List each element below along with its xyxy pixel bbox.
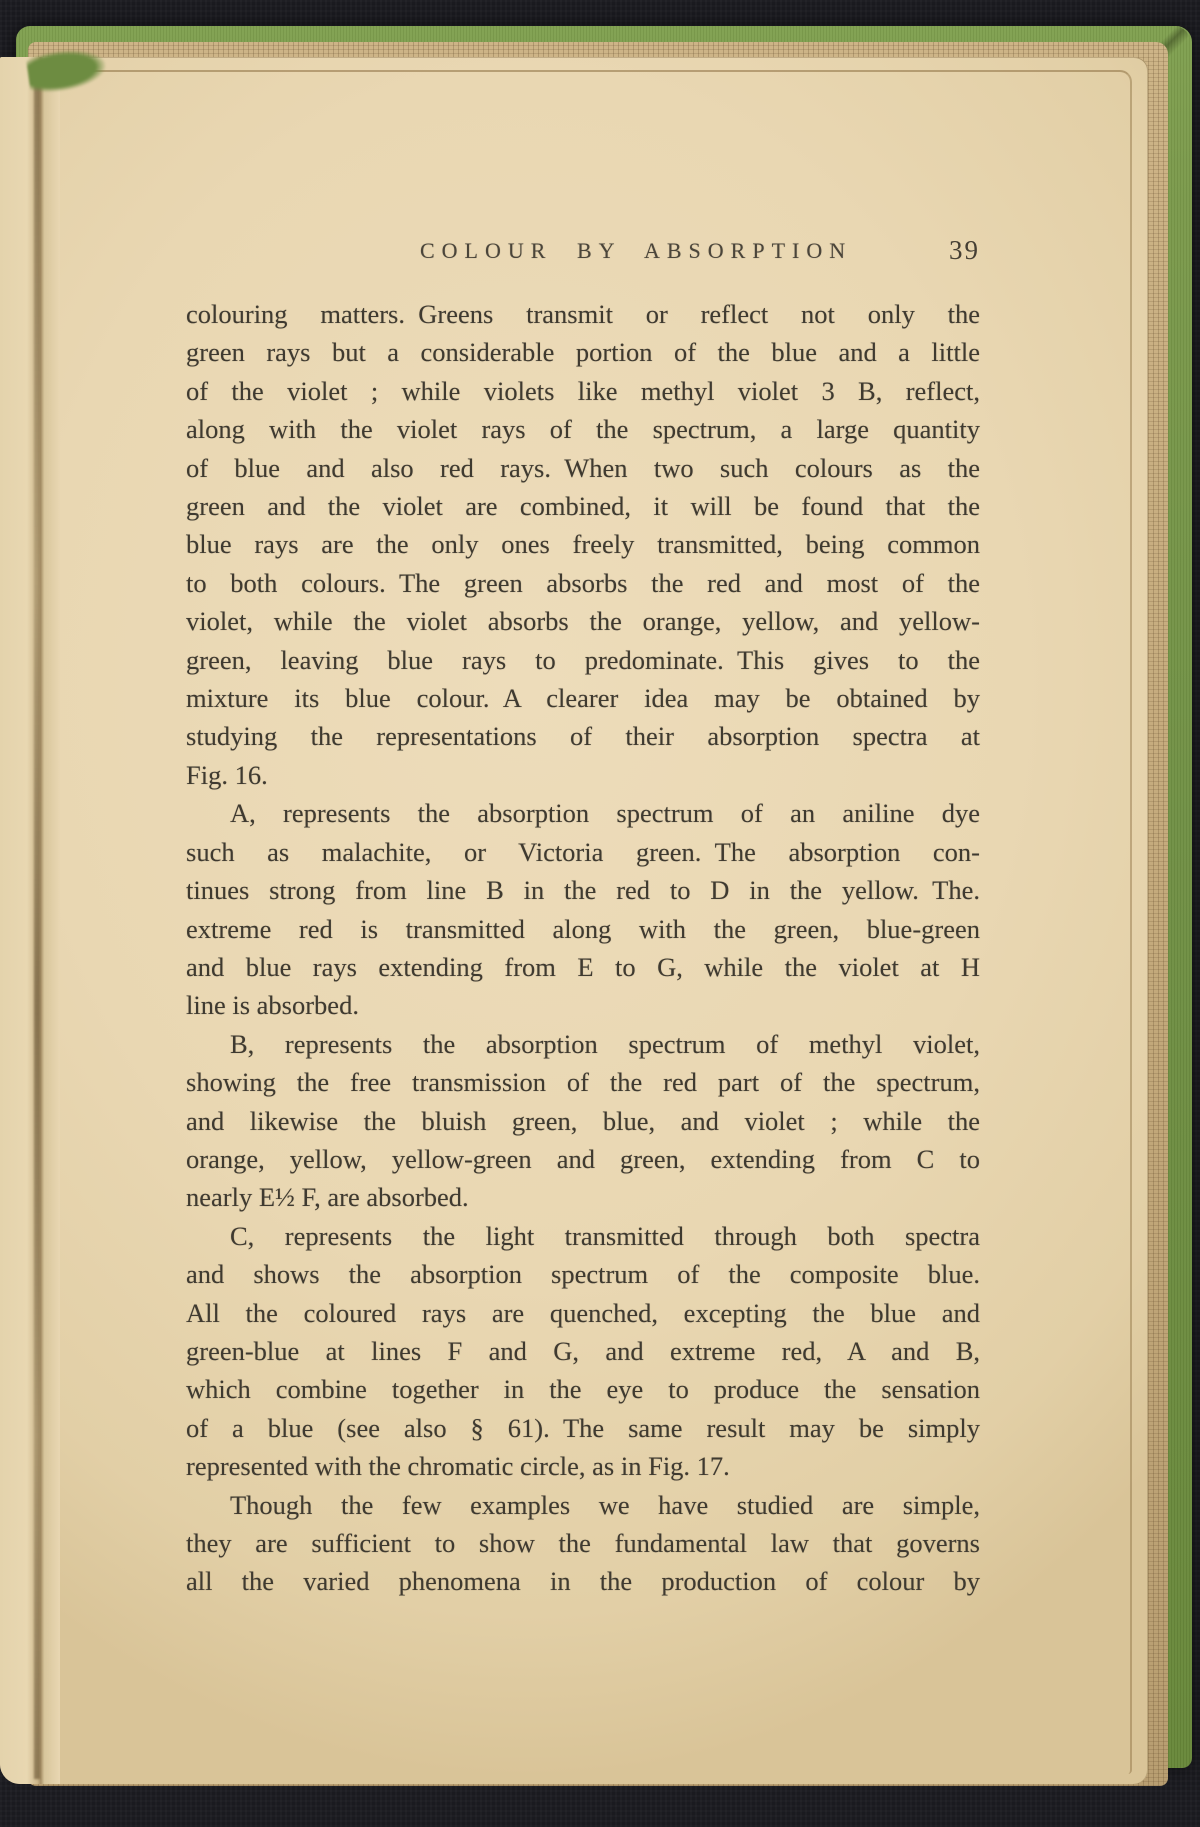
page-gutter-crease	[34, 63, 40, 1779]
page-number: 39	[908, 235, 980, 266]
page-body: colouring matters. Greens transmit or re…	[186, 295, 980, 1601]
text-line: along with the violet rays of the spectr…	[186, 410, 980, 448]
running-head: COLOUR BY ABSORPTION	[420, 238, 852, 264]
text-line: green-blue at lines F and G, and extreme…	[186, 1332, 980, 1370]
text-line: mixture its blue colour. A clearer idea …	[186, 679, 980, 717]
book-scan: COLOUR BY ABSORPTION 39 colouring matter…	[0, 0, 1200, 1827]
text-line: Fig. 16.	[186, 756, 980, 794]
text-line: colouring matters. Greens transmit or re…	[186, 295, 980, 333]
text-line: green and the violet are combined, it wi…	[186, 487, 980, 525]
text-line: all the varied phenomena in the producti…	[186, 1562, 980, 1600]
text-line: C, represents the light transmitted thro…	[186, 1217, 980, 1255]
text-line: line is absorbed.	[186, 986, 980, 1024]
text-line: of blue and also red rays. When two such…	[186, 449, 980, 487]
text-line: A, represents the absorption spectrum of…	[186, 794, 980, 832]
text-line: studying the representations of their ab…	[186, 717, 980, 755]
text-line: of a blue (see also § 61). The same resu…	[186, 1409, 980, 1447]
text-line: and blue rays extending from E to G, whi…	[186, 948, 980, 986]
text-line: orange, yellow, yellow-green and green, …	[186, 1140, 980, 1178]
text-line: nearly E½ F, are absorbed.	[186, 1178, 980, 1216]
text-line: green rays but a considerable portion of…	[186, 333, 980, 371]
text-line: they are sufficient to show the fundamen…	[186, 1524, 980, 1562]
text-line: Though the few examples we have studied …	[186, 1486, 980, 1524]
book-page: COLOUR BY ABSORPTION 39 colouring matter…	[0, 57, 1148, 1784]
text-line: green, leaving blue rays to predominate.…	[186, 641, 980, 679]
text-line: which combine together in the eye to pro…	[186, 1370, 980, 1408]
text-line: to both colours. The green absorbs the r…	[186, 564, 980, 602]
text-line: extreme red is transmitted along with th…	[186, 910, 980, 948]
text-line: showing the free transmission of the red…	[186, 1063, 980, 1101]
text-line: B, represents the absorption spectrum of…	[186, 1025, 980, 1063]
text-line: All the coloured rays are quenched, exce…	[186, 1294, 980, 1332]
text-line: tinues strong from line B in the red to …	[186, 871, 980, 909]
text-line: blue rays are the only ones freely trans…	[186, 525, 980, 563]
text-line: of the violet ; while violets like methy…	[186, 372, 980, 410]
text-line: violet, while the violet absorbs the ora…	[186, 602, 980, 640]
text-line: and likewise the bluish green, blue, and…	[186, 1102, 980, 1140]
text-line: such as malachite, or Victoria green. Th…	[186, 833, 980, 871]
text-line: and shows the absorption spectrum of the…	[186, 1255, 980, 1293]
text-line: represented with the chromatic circle, a…	[186, 1447, 980, 1485]
